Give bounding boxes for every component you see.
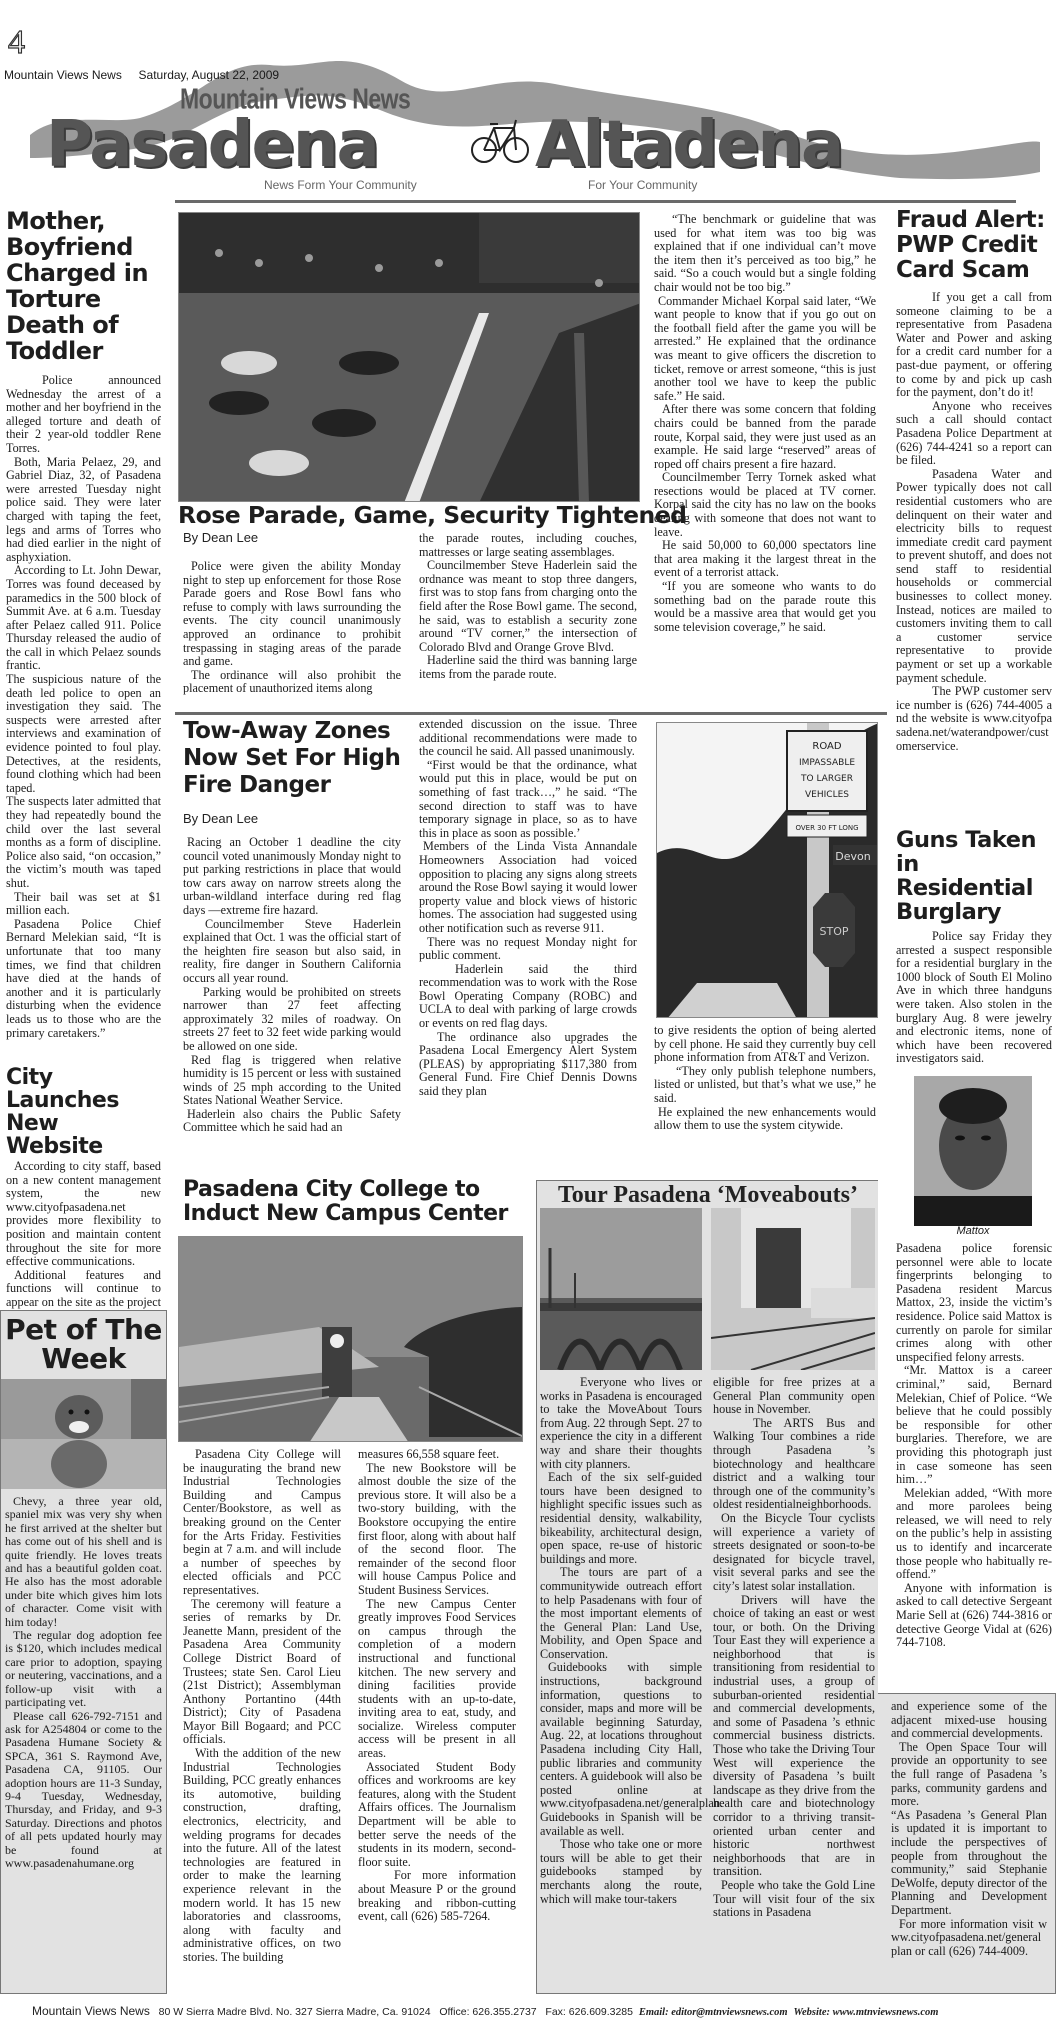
- paragraph: The tours are part of a communitywide ou…: [540, 1566, 702, 1661]
- campus-center-image: [179, 1237, 523, 1442]
- divider-rule: [175, 712, 887, 715]
- paragraph: “Mr. Mattox is a career criminal,” said,…: [896, 1364, 1052, 1486]
- article-body-col1: Racing an October 1 deadline the city co…: [183, 836, 401, 1135]
- paragraph: “They only publish telephone numbers, li…: [654, 1065, 876, 1106]
- article-fraud-alert: Fraud Alert: PWP Credit Card Scam If you…: [896, 208, 1052, 753]
- paragraph: Haderlein also chairs the Public Safety …: [183, 1108, 401, 1135]
- paragraph: Pasadena Police Chief Bernard Melekian s…: [6, 918, 161, 1040]
- paragraph: Everyone who lives or works in Pasadena …: [540, 1376, 702, 1471]
- article-body-col2: extended discussion on the issue. Three …: [419, 718, 637, 1099]
- paragraph: Councilmember Steve Haderlein explained …: [183, 918, 401, 986]
- gold-line-photo: [711, 1208, 875, 1370]
- headline: Mother, Boyfriend Charged in Torture Dea…: [6, 208, 161, 364]
- issue-date: Saturday, August 22, 2009: [139, 68, 280, 82]
- headline: Tow-Away Zones Now Set For High Fire Dan…: [183, 718, 403, 799]
- paragraph: Pasadena City College will be inaugurati…: [183, 1448, 341, 1598]
- paragraph: Commander Michael Korpal said later, “We…: [654, 295, 876, 404]
- paragraph: Associated Student Body offices and work…: [358, 1761, 516, 1870]
- article-body-col1: Pasadena City College will be inaugurati…: [183, 1448, 341, 1965]
- paragraph: The suspicious nature of the death led p…: [6, 673, 161, 795]
- paragraph: measures 66,558 square feet.: [358, 1448, 516, 1462]
- article-body-col3: to give residents the option of being al…: [654, 1024, 876, 1133]
- masthead-meta: Mountain Views News Saturday, August 22,…: [4, 68, 279, 82]
- paragraph: Police announced Wednesday the arrest of…: [6, 374, 161, 456]
- paragraph: There was no request Monday night for pu…: [419, 936, 637, 963]
- paragraph: The ordinance will also prohibit the pla…: [183, 669, 401, 696]
- article-body-col2: measures 66,558 square feet. The new Boo…: [358, 1448, 516, 1924]
- svg-text:OVER 30 FT LONG: OVER 30 FT LONG: [795, 824, 858, 832]
- article-body: According to city staff, based on a new …: [6, 1160, 161, 1323]
- paragraph: and experience some of the adjacent mixe…: [891, 1700, 1047, 1741]
- paragraph: Those who take one or more tours will be…: [540, 1838, 702, 1906]
- paragraph: Melekian added, “With more and more paro…: [896, 1487, 1052, 1582]
- paragraph: The new Bookstore will be almost double …: [358, 1462, 516, 1598]
- svg-text:VEHICLES: VEHICLES: [805, 790, 849, 800]
- paragraph: “First would be that the ordinance, what…: [419, 759, 637, 841]
- tagline-right: For Your Community: [588, 178, 697, 192]
- footer: Mountain Views News 80 W Sierra Madre Bl…: [32, 2004, 1052, 2018]
- paragraph: Anyone with information is asked to call…: [896, 1582, 1052, 1650]
- paragraph: On the Bicycle Tour cyclists will experi…: [713, 1512, 875, 1594]
- publication-name: Mountain Views News: [4, 68, 122, 82]
- article-guns-body: Pasadena police forensic personnel were …: [896, 1242, 1052, 1650]
- paragraph: The Open Space Tour will provide an oppo…: [891, 1741, 1047, 1809]
- paragraph: The PWP customer service number is (626)…: [896, 685, 1052, 753]
- paragraph: Chevy, a three year old, spaniel mix was…: [5, 1495, 162, 1629]
- article-rose-parade: Rose Parade, Game, Security Tightened: [178, 502, 640, 528]
- article-body: If you get a call from someone claiming …: [896, 291, 1052, 753]
- masthead-title-right: Altadena: [535, 108, 842, 182]
- article-toddler: Mother, Boyfriend Charged in Torture Dea…: [6, 208, 161, 1040]
- paragraph: Members of the Linda Vista Annandale Hom…: [419, 840, 637, 935]
- divider-rule: [175, 200, 887, 203]
- footer-website-link[interactable]: Website: www.mtnviewsnews.com: [793, 2007, 938, 2018]
- article-body-col3: “The benchmark or guideline that was use…: [654, 213, 876, 634]
- paragraph: Guidebooks with simple instructions, bac…: [540, 1661, 702, 1838]
- road-sign-image: ROAD IMPASSABLE TO LARGER VEHICLES OVER …: [657, 723, 878, 1018]
- paragraph: Haderline said the third was banning lar…: [419, 654, 637, 681]
- bicycle-icon: [470, 110, 530, 172]
- headline: Pasadena City College to Induct New Camp…: [183, 1178, 523, 1226]
- road-sign-photo: ROAD IMPASSABLE TO LARGER VEHICLES OVER …: [656, 722, 878, 1018]
- byline: By Dean Lee: [183, 530, 258, 545]
- article-pcc: Pasadena City College to Induct New Camp…: [183, 1178, 523, 1226]
- paragraph: the parade routes, including couches, ma…: [419, 532, 637, 559]
- paragraph: He explained the new enhancements would …: [654, 1106, 876, 1133]
- paragraph: The new Campus Center greatly improves F…: [358, 1598, 516, 1761]
- article-body-col2: the parade routes, including couches, ma…: [419, 532, 637, 682]
- page-number: 4: [8, 24, 25, 62]
- paragraph: Their bail was set at $1 million each.: [6, 891, 161, 918]
- mounted-police-image: [179, 213, 640, 502]
- headline: Fraud Alert: PWP Credit Card Scam: [896, 208, 1052, 283]
- article-intro: Police say Friday they arrested a suspec…: [896, 930, 1052, 1066]
- svg-text:TO LARGER: TO LARGER: [800, 774, 853, 784]
- paragraph: Pasadena police forensic personnel were …: [896, 1242, 1052, 1364]
- paragraph: Police say Friday they arrested a suspec…: [896, 930, 1052, 1066]
- paragraph: Red flag is triggered when relative humi…: [183, 1054, 401, 1108]
- paragraph: Pasadena Water and Power typically does …: [896, 468, 1052, 686]
- article-website: City Launches New Website According to c…: [6, 1066, 161, 1323]
- headline: Rose Parade, Game, Security Tightened: [178, 502, 640, 528]
- footer-publication: Mountain Views News: [32, 2004, 150, 2018]
- paragraph: Councilmember Terry Tornek asked what re…: [654, 471, 876, 539]
- svg-text:IMPASSABLE: IMPASSABLE: [799, 758, 855, 768]
- paragraph: “The benchmark or guideline that was use…: [654, 213, 876, 295]
- paragraph: Each of the six self-guided tours have b…: [540, 1471, 702, 1566]
- parade-photo: [178, 212, 640, 502]
- divider-rule: [886, 200, 1016, 203]
- paragraph: extended discussion on the issue. Three …: [419, 718, 637, 759]
- paragraph: Both, Maria Pelaez, 29, and Gabriel Diaz…: [6, 456, 161, 565]
- tagline-left: News Form Your Community: [264, 178, 417, 192]
- article-body: Police announced Wednesday the arrest of…: [6, 374, 161, 1040]
- paragraph: The ARTS Bus and Walking Tour combines a…: [713, 1417, 875, 1512]
- paragraph: Anyone who receives such a call should c…: [896, 400, 1052, 468]
- article-guns-burglary: Guns Taken in Residential Burglary Polic…: [896, 828, 1052, 1066]
- paragraph: to give residents the option of being al…: [654, 1024, 876, 1065]
- headline: City Launches New Website: [6, 1066, 161, 1158]
- paragraph: People who take the Gold Line Tour will …: [713, 1879, 875, 1920]
- paragraph: The regular dog adoption fee is $120, wh…: [5, 1629, 162, 1709]
- photo-caption: Mattox: [914, 1225, 1032, 1237]
- paragraph: Please call 626-792-7151 and ask for A25…: [5, 1710, 162, 1871]
- paragraph: For more information visit www.cityofpas…: [891, 1918, 1047, 1959]
- bridge-photo: [540, 1208, 702, 1370]
- paragraph: Parking would be prohibited on streets n…: [183, 986, 401, 1054]
- sign-line-1: ROAD: [812, 741, 841, 752]
- svg-text:Devon: Devon: [835, 850, 870, 863]
- headline: Tour Pasadena ‘Moveabouts’: [538, 1182, 878, 1208]
- footer-email-link[interactable]: Email: editor@mtnviewsnews.com: [639, 2007, 788, 2018]
- paragraph: After there was some concern that foldin…: [654, 403, 876, 471]
- paragraph: “If you are someone who wants to do some…: [654, 580, 876, 634]
- footer-address: 80 W Sierra Madre Blvd. No. 327 Sierra M…: [159, 2006, 431, 2018]
- paragraph: Police were given the ability Monday nig…: [183, 560, 401, 669]
- mattox-mugshot: [914, 1076, 1032, 1226]
- mugshot-image: [914, 1076, 1032, 1226]
- byline: By Dean Lee: [183, 811, 403, 826]
- paragraph: The ordinance also upgrades the Pasadena…: [419, 1031, 637, 1099]
- paragraph: eligible for free prizes at a General Pl…: [713, 1376, 875, 1417]
- masthead-title-left: Pasadena: [46, 108, 378, 182]
- article-body-col2: eligible for free prizes at a General Pl…: [713, 1376, 875, 1920]
- paragraph: Haderlein said the third recommendation …: [419, 963, 637, 1031]
- article-body-col1: Everyone who lives or works in Pasadena …: [540, 1376, 702, 1906]
- headline: Pet of The Week: [1, 1315, 166, 1373]
- paragraph: According to city staff, based on a new …: [6, 1160, 161, 1269]
- dog-photo: [1, 1379, 166, 1489]
- svg-text:STOP: STOP: [820, 925, 849, 938]
- footer-fax: Fax: 626.609.3285: [545, 2006, 633, 2018]
- gold-line-station-image: [711, 1208, 875, 1370]
- paragraph: Drivers will have the choice of taking a…: [713, 1594, 875, 1879]
- paragraph: With the addition of the new Industrial …: [183, 1747, 341, 1965]
- article-body-col1: Police were given the ability Monday nig…: [183, 560, 401, 696]
- paragraph: “As Pasadena ’s General Plan is updated …: [891, 1809, 1047, 1918]
- article-body-col3: and experience some of the adjacent mixe…: [891, 1700, 1047, 1958]
- paragraph: If you get a call from someone claiming …: [896, 291, 1052, 400]
- headline: Guns Taken in Residential Burglary: [896, 828, 1052, 924]
- paragraph: For more information about Measure P or …: [358, 1869, 516, 1923]
- footer-office-phone: Office: 626.355.2737: [439, 2006, 536, 2018]
- paragraph: According to Lt. John Dewar, Torres was …: [6, 564, 161, 673]
- paragraph: Racing an October 1 deadline the city co…: [183, 836, 401, 918]
- pet-of-week-box: Pet of The Week Chevy, a three year old,…: [0, 1310, 167, 1994]
- paragraph: Councilmember Steve Haderlein said the o…: [419, 559, 637, 654]
- campus-photo: [178, 1236, 523, 1442]
- paragraph: He said 50,000 to 60,000 spectators line…: [654, 539, 876, 580]
- paragraph: The suspects later admitted that they ha…: [6, 795, 161, 890]
- article-body: Chevy, a three year old, spaniel mix was…: [1, 1489, 166, 1870]
- colorado-bridge-image: [540, 1208, 702, 1370]
- paragraph: The ceremony will feature a series of re…: [183, 1598, 341, 1748]
- article-tow-away: Tow-Away Zones Now Set For High Fire Dan…: [183, 718, 403, 826]
